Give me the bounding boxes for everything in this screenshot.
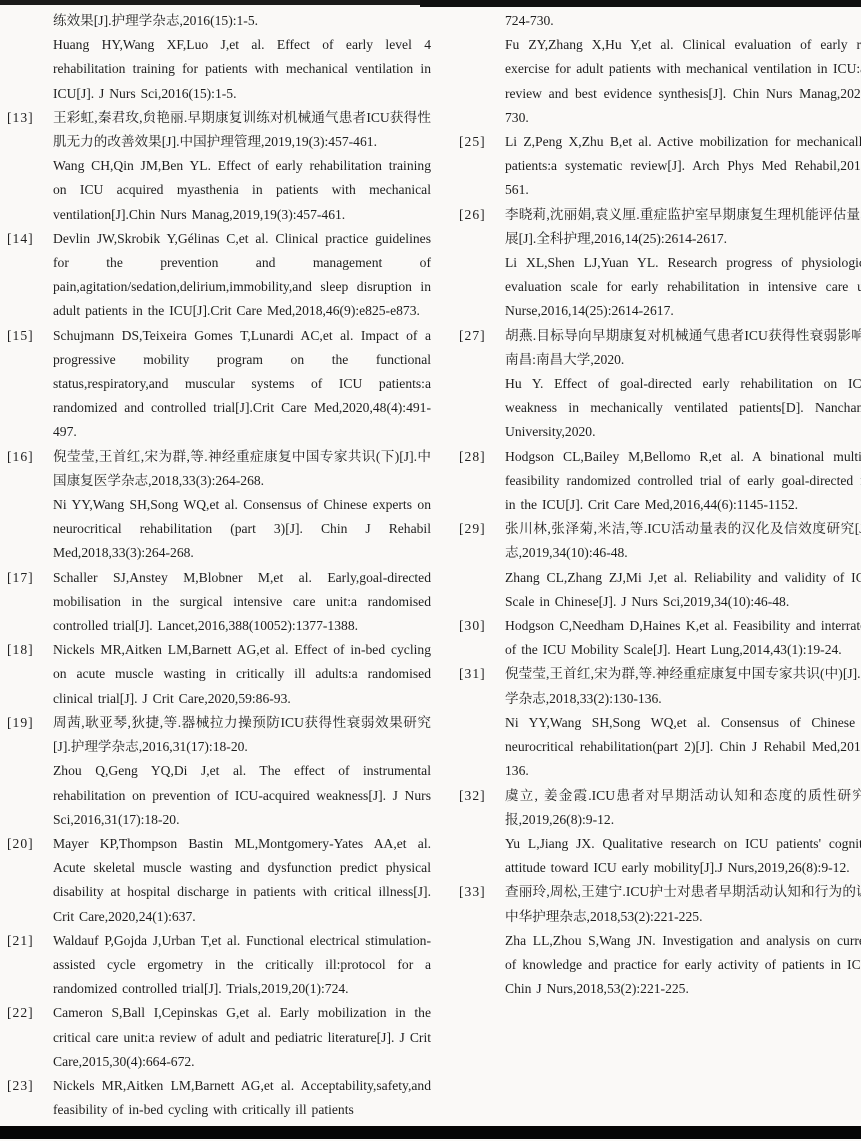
reference-entry: [17]Schaller SJ,Anstey M,Blobner M,et al…: [7, 566, 431, 639]
reference-text: Li XL,Shen LJ,Yuan YL. Research progress…: [505, 251, 861, 324]
reference-text: Nickels MR,Aitken LM,Barnett AG,et al. E…: [53, 638, 431, 711]
reference-text: 李晓莉,沈丽娟,袁义厘.重症监护室早期康复生理机能评估量表的研究进展[J].全科…: [505, 203, 861, 251]
reference-entry: [26]李晓莉,沈丽娟,袁义厘.重症监护室早期康复生理机能评估量表的研究进展[J…: [459, 203, 861, 324]
reference-text: Yu L,Jiang JX. Qualitative research on I…: [505, 832, 861, 880]
reference-number: [27]: [459, 324, 486, 348]
reference-text: 王彩虹,秦君玫,贠艳丽.早期康复训练对机械通气患者ICU获得性肌无力的改善效果[…: [53, 106, 431, 154]
reference-number: [19]: [7, 711, 34, 735]
reference-number: [28]: [459, 445, 486, 469]
reference-number: [22]: [7, 1001, 34, 1025]
reference-text: Schujmann DS,Teixeira Gomes T,Lunardi AC…: [53, 324, 431, 445]
reference-number: [14]: [7, 227, 34, 251]
reference-text: Fu ZY,Zhang X,Hu Y,et al. Clinical evalu…: [505, 33, 861, 130]
reference-entry: [19]周茜,耿亚琴,狄捷,等.器械拉力操预防ICU获得性衰弱效果研究[J].护…: [7, 711, 431, 832]
references-column-left: 练效果[J].护理学杂志,2016(15):1-5.Huang HY,Wang …: [7, 9, 431, 1122]
reference-entry: [20]Mayer KP,Thompson Bastin ML,Montgome…: [7, 832, 431, 929]
reference-entry: [16]倪莹莹,王首红,宋为群,等.神经重症康复中国专家共识(下)[J].中国康…: [7, 445, 431, 566]
reference-text: Hu Y. Effect of goal-directed early reha…: [505, 372, 861, 445]
reference-entry: [23]Nickels MR,Aitken LM,Barnett AG,et a…: [7, 1074, 431, 1122]
reference-number: [26]: [459, 203, 486, 227]
reference-entry: [29]张川林,张泽菊,米洁,等.ICU活动量表的汉化及信效度研究[J].护理学…: [459, 517, 861, 614]
reference-number: [18]: [7, 638, 34, 662]
reference-text: 724-730.: [505, 9, 861, 33]
reference-entry: [18]Nickels MR,Aitken LM,Barnett AG,et a…: [7, 638, 431, 711]
reference-text: Ni YY,Wang SH,Song WQ,et al. Consensus o…: [53, 493, 431, 566]
reference-entry: [31]倪莹莹,王首红,宋为群,等.神经重症康复中国专家共识(中)[J].中国康…: [459, 662, 861, 783]
reference-number: [25]: [459, 130, 486, 154]
reference-entry: [33]查丽玲,周松,王建宁.ICU护士对患者早期活动认知和行为的调查研究[J]…: [459, 880, 861, 1001]
reference-text: Wang CH,Qin JM,Ben YL. Effect of early r…: [53, 154, 431, 227]
reference-text: Devlin JW,Skrobik Y,Gélinas C,et al. Cli…: [53, 227, 431, 324]
reference-text: Cameron S,Ball I,Cepinskas G,et al. Earl…: [53, 1001, 431, 1074]
reference-text: 倪莹莹,王首红,宋为群,等.神经重症康复中国专家共识(下)[J].中国康复医学杂…: [53, 445, 431, 493]
references-page: 练效果[J].护理学杂志,2016(15):1-5.Huang HY,Wang …: [0, 0, 861, 1141]
references-column-right: 724-730.Fu ZY,Zhang X,Hu Y,et al. Clinic…: [459, 9, 861, 1001]
reference-number: [33]: [459, 880, 486, 904]
reference-text: Zha LL,Zhou S,Wang JN. Investigation and…: [505, 929, 861, 1002]
reference-number: [30]: [459, 614, 486, 638]
scan-edge-top-right: [420, 0, 861, 7]
reference-text: Li Z,Peng X,Zhu B,et al. Active mobiliza…: [505, 130, 861, 203]
reference-text: Zhou Q,Geng YQ,Di J,et al. The effect of…: [53, 759, 431, 832]
reference-number: [23]: [7, 1074, 34, 1098]
reference-entry: 练效果[J].护理学杂志,2016(15):1-5.Huang HY,Wang …: [7, 9, 431, 106]
reference-entry: [13]王彩虹,秦君玫,贠艳丽.早期康复训练对机械通气患者ICU获得性肌无力的改…: [7, 106, 431, 227]
reference-entry: [25]Li Z,Peng X,Zhu B,et al. Active mobi…: [459, 130, 861, 203]
reference-number: [29]: [459, 517, 486, 541]
reference-entry: [27]胡燕.目标导向早期康复对机械通气患者ICU获得性衰弱影响的研究[D].南…: [459, 324, 861, 445]
reference-number: [20]: [7, 832, 34, 856]
reference-number: [16]: [7, 445, 34, 469]
reference-text: Schaller SJ,Anstey M,Blobner M,et al. Ea…: [53, 566, 431, 639]
reference-text: Hodgson C,Needham D,Haines K,et al. Feas…: [505, 614, 861, 662]
reference-entry: [32]虞立, 姜金霞.ICU患者对早期活动认知和态度的质性研究[J].护理学报…: [459, 784, 861, 881]
reference-entry: 724-730.Fu ZY,Zhang X,Hu Y,et al. Clinic…: [459, 9, 861, 130]
reference-text: 查丽玲,周松,王建宁.ICU护士对患者早期活动认知和行为的调查研究[J].中华护…: [505, 880, 861, 928]
reference-entry: [30]Hodgson C,Needham D,Haines K,et al. …: [459, 614, 861, 662]
reference-number: [15]: [7, 324, 34, 348]
reference-number: [32]: [459, 784, 486, 808]
reference-text: 张川林,张泽菊,米洁,等.ICU活动量表的汉化及信效度研究[J].护理学杂志,2…: [505, 517, 861, 565]
reference-entry: [15]Schujmann DS,Teixeira Gomes T,Lunard…: [7, 324, 431, 445]
reference-number: [31]: [459, 662, 486, 686]
reference-entry: [14]Devlin JW,Skrobik Y,Gélinas C,et al.…: [7, 227, 431, 324]
scan-edge-bottom: [0, 1126, 861, 1139]
reference-entry: [28]Hodgson CL,Bailey M,Bellomo R,et al.…: [459, 445, 861, 518]
reference-number: [21]: [7, 929, 34, 953]
reference-text: 练效果[J].护理学杂志,2016(15):1-5.: [53, 9, 431, 33]
reference-entry: [22]Cameron S,Ball I,Cepinskas G,et al. …: [7, 1001, 431, 1074]
reference-number: [13]: [7, 106, 34, 130]
reference-text: 虞立, 姜金霞.ICU患者对早期活动认知和态度的质性研究[J].护理学报,201…: [505, 784, 861, 832]
reference-text: Mayer KP,Thompson Bastin ML,Montgomery-Y…: [53, 832, 431, 929]
reference-text: 胡燕.目标导向早期康复对机械通气患者ICU获得性衰弱影响的研究[D].南昌:南昌…: [505, 324, 861, 372]
reference-text: Huang HY,Wang XF,Luo J,et al. Effect of …: [53, 33, 431, 106]
reference-text: 周茜,耿亚琴,狄捷,等.器械拉力操预防ICU获得性衰弱效果研究[J].护理学杂志…: [53, 711, 431, 759]
reference-text: Ni YY,Wang SH,Song WQ,et al. Consensus o…: [505, 711, 861, 784]
reference-text: 倪莹莹,王首红,宋为群,等.神经重症康复中国专家共识(中)[J].中国康复医学杂…: [505, 662, 861, 710]
reference-text: Nickels MR,Aitken LM,Barnett AG,et al. A…: [53, 1074, 431, 1122]
reference-text: Waldauf P,Gojda J,Urban T,et al. Functio…: [53, 929, 431, 1002]
reference-text: Hodgson CL,Bailey M,Bellomo R,et al. A b…: [505, 445, 861, 518]
reference-text: Zhang CL,Zhang ZJ,Mi J,et al. Reliabilit…: [505, 566, 861, 614]
reference-entry: [21]Waldauf P,Gojda J,Urban T,et al. Fun…: [7, 929, 431, 1002]
reference-number: [17]: [7, 566, 34, 590]
